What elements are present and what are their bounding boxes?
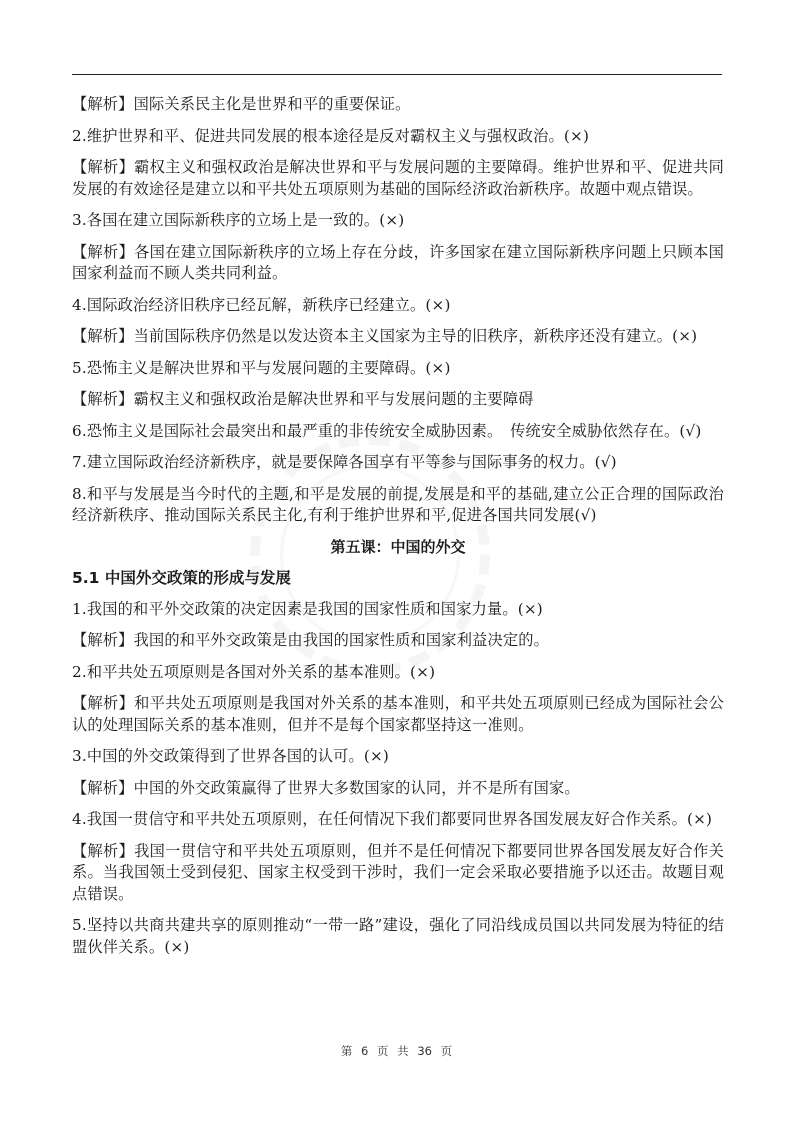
analysis-paragraph: 【解析】国际关系民主化是世界和平的重要保证。 (72, 94, 724, 116)
analysis-text: 我国的和平外交政策是由我国的国家性质和国家利益决定的。 (134, 631, 549, 649)
analysis-paragraph: 【解析】当前国际秩序仍然是以发达资本主义国家为主导的旧秩序，新秩序还没有建立。(… (72, 326, 724, 348)
question-paragraph: 7.建立国际政治经济新秩序，就是要保障各国享有平等参与国际事务的权力。(√) (72, 452, 724, 474)
question-paragraph: 8.和平与发展是当今时代的主题,和平是发展的前提,发展是和平的基础,建立公正合理… (72, 484, 724, 527)
analysis-text: 我国一贯信守和平共处五项原则，但并不是任何情况下都要同世界各国发展友好合作关系。… (72, 842, 724, 903)
analysis-tag: 【解析】 (72, 243, 134, 261)
question-paragraph: 6.恐怖主义是国际社会最突出和最严重的非传统安全威胁因素。 传统安全威胁依然存在… (72, 421, 724, 443)
header-rule (72, 74, 722, 75)
question-paragraph: 3.中国的外交政策得到了世界各国的认可。(×) (72, 746, 724, 768)
analysis-paragraph: 【解析】我国一贯信守和平共处五项原则，但并不是任何情况下都要同世界各国发展友好合… (72, 841, 724, 906)
analysis-paragraph: 【解析】我国的和平外交政策是由我国的国家性质和国家利益决定的。 (72, 630, 724, 652)
question-paragraph: 1.我国的和平外交政策的决定因素是我国的国家性质和国家力量。(×) (72, 599, 724, 621)
page-footer: 第 6 页 共 36 页 (0, 1043, 793, 1059)
analysis-tag: 【解析】 (72, 158, 134, 176)
analysis-text: 各国在建立国际新秩序的立场上存在分歧，许多国家在建立国际新秩序问题上只顾本国国家… (72, 243, 724, 283)
analysis-paragraph: 【解析】中国的外交政策赢得了世界大多数国家的认同，并不是所有国家。 (72, 778, 724, 800)
question-paragraph: 3.各国在建立国际新秩序的立场上是一致的。(×) (72, 210, 724, 232)
analysis-paragraph: 【解析】各国在建立国际新秩序的立场上存在分歧，许多国家在建立国际新秩序问题上只顾… (72, 242, 724, 285)
analysis-text: 当前国际秩序仍然是以发达资本主义国家为主导的旧秩序，新秩序还没有建立。(×) (134, 327, 698, 345)
question-paragraph: 5.坚持以共商共建共享的原则推动“一带一路”建设，强化了同沿线成员国以共同发展为… (72, 915, 724, 958)
analysis-tag: 【解析】 (72, 842, 134, 860)
analysis-text: 霸权主义和强权政治是解决世界和平与发展问题的主要障碍 (134, 390, 534, 408)
analysis-paragraph: 【解析】和平共处五项原则是我国对外关系的基本准则，和平共处五项原则已经成为国际社… (72, 693, 724, 736)
question-paragraph: 2.维护世界和平、促进共同发展的根本途径是反对霸权主义与强权政治。(×) (72, 126, 724, 148)
question-paragraph: 5.恐怖主义是解决世界和平与发展问题的主要障碍。(×) (72, 358, 724, 380)
section-heading: 5.1 中国外交政策的形成与发展 (72, 568, 724, 589)
analysis-tag: 【解析】 (72, 327, 134, 345)
analysis-text: 和平共处五项原则是我国对外关系的基本准则，和平共处五项原则已经成为国际社会公认的… (72, 694, 724, 734)
question-paragraph: 4.国际政治经济旧秩序已经瓦解，新秩序已经建立。(×) (72, 295, 724, 317)
question-paragraph: 4.我国一贯信守和平共处五项原则，在任何情况下我们都要同世界各国发展友好合作关系… (72, 809, 724, 831)
analysis-tag: 【解析】 (72, 694, 134, 712)
analysis-tag: 【解析】 (72, 390, 134, 408)
analysis-tag: 【解析】 (72, 95, 134, 113)
analysis-tag: 【解析】 (72, 631, 134, 649)
question-paragraph: 2.和平共处五项原则是各国对外关系的基本准则。(×) (72, 662, 724, 684)
analysis-paragraph: 【解析】霸权主义和强权政治是解决世界和平与发展问题的主要障碍 (72, 389, 724, 411)
page-content: 【解析】国际关系民主化是世界和平的重要保证。 2.维护世界和平、促进共同发展的根… (72, 94, 724, 968)
analysis-text: 霸权主义和强权政治是解决世界和平与发展问题的主要障碍。维护世界和平、促进共同发展… (72, 158, 724, 198)
analysis-text: 国际关系民主化是世界和平的重要保证。 (134, 95, 411, 113)
analysis-tag: 【解析】 (72, 779, 134, 797)
analysis-text: 中国的外交政策赢得了世界大多数国家的认同，并不是所有国家。 (134, 779, 580, 797)
lesson-heading: 第五课：中国的外交 (72, 537, 724, 558)
analysis-paragraph: 【解析】霸权主义和强权政治是解决世界和平与发展问题的主要障碍。维护世界和平、促进… (72, 157, 724, 200)
